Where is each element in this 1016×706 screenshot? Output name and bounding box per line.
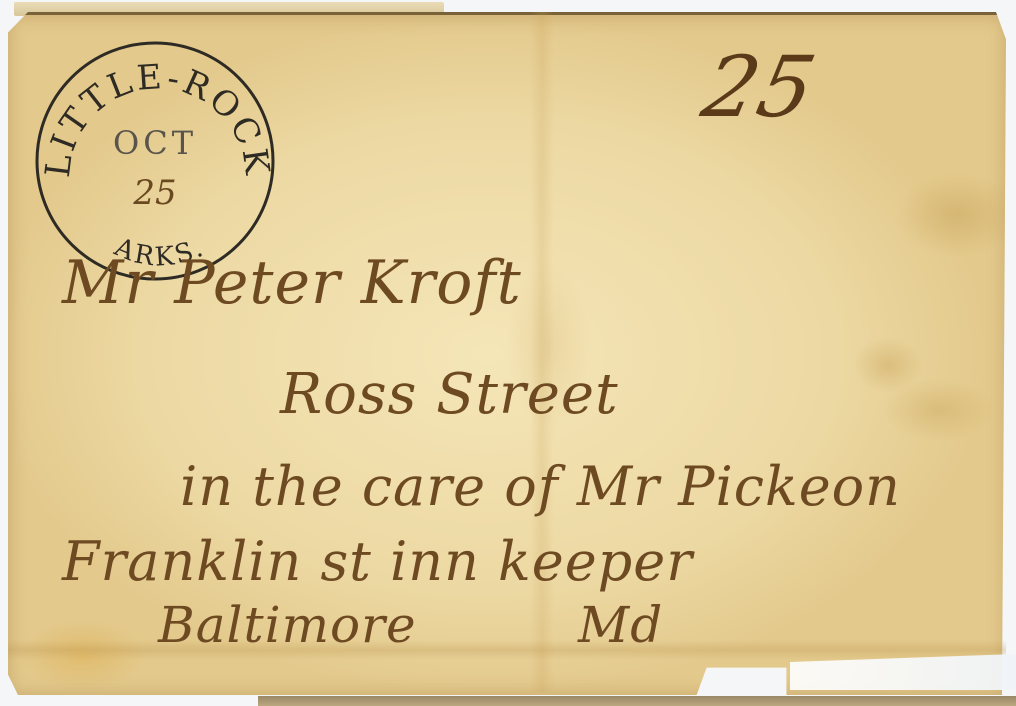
manuscript-rate-marking: 25	[695, 38, 825, 136]
address-line-care-of: in the care of Mr Pickeon	[180, 455, 901, 518]
address-line-franklin: Franklin st inn keeper	[62, 530, 693, 593]
address-line-addressee: Mr Peter Kroft	[62, 248, 522, 318]
address-line-city: Baltimore	[158, 596, 417, 654]
address-line-state: Md	[578, 596, 663, 654]
address-line-street: Ross Street	[280, 362, 619, 427]
postmark-month: OCT	[113, 124, 197, 162]
postmark-day: 25	[132, 173, 176, 213]
folded-sheet-bottom-edge	[258, 696, 1016, 706]
